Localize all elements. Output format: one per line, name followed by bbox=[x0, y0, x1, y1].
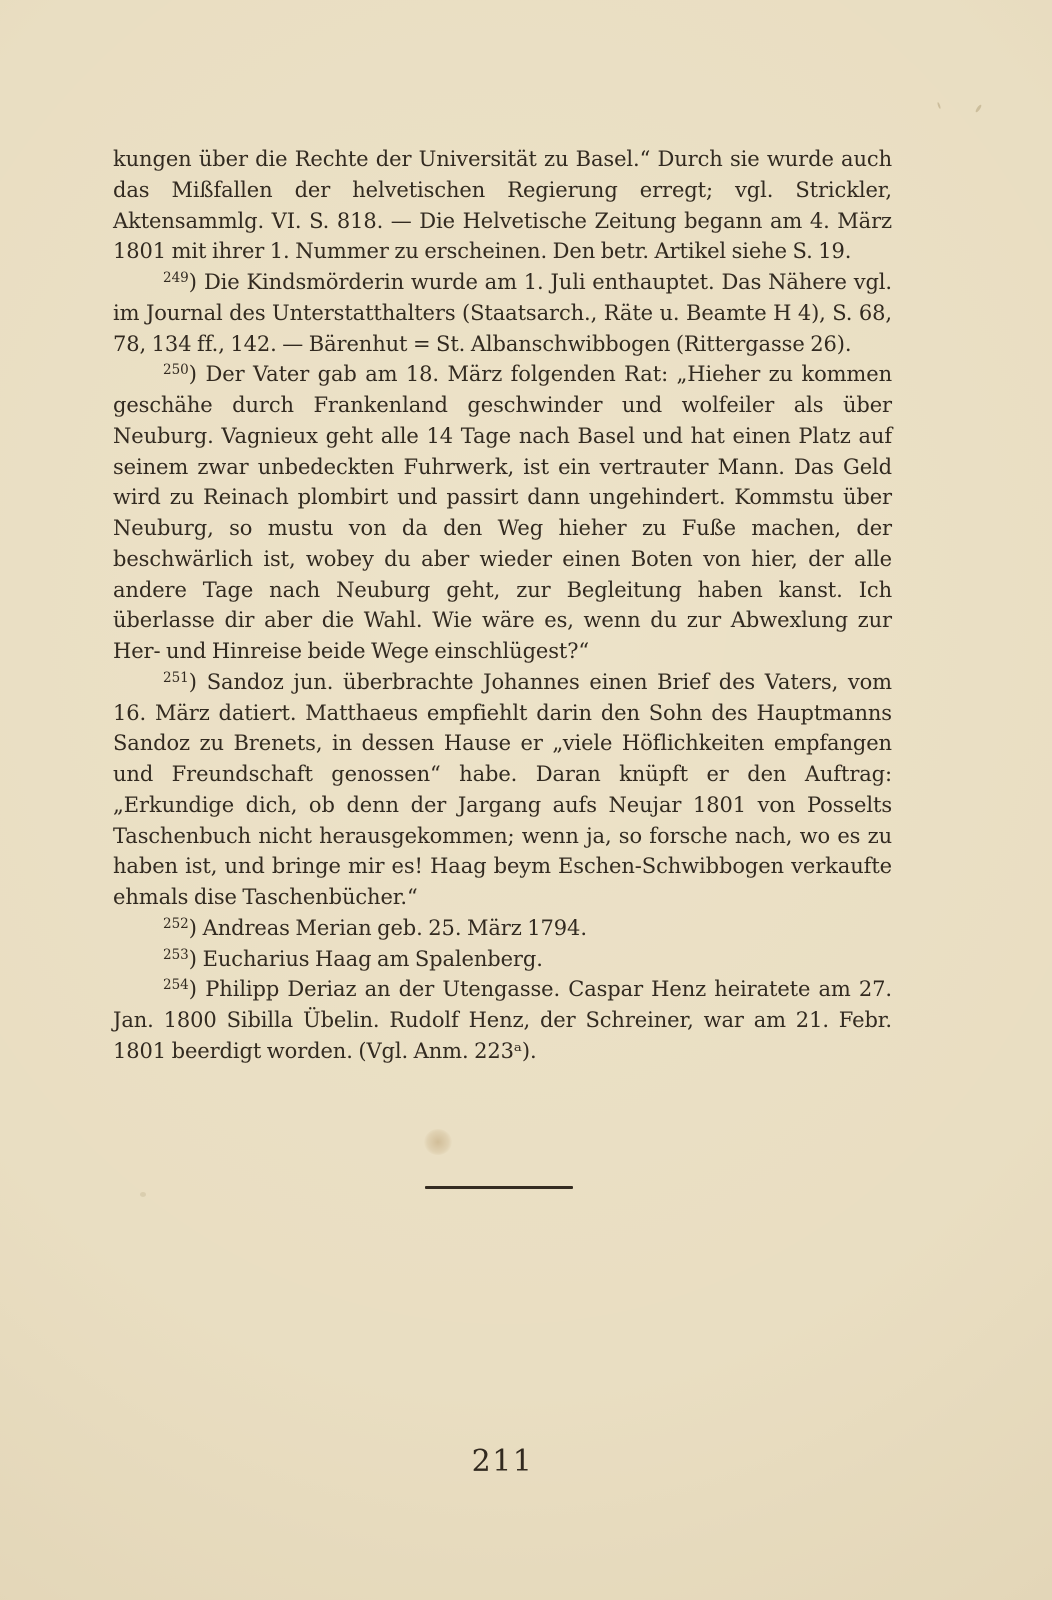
footnote-250: 250) Der Vater gab am 18. März folgenden… bbox=[113, 359, 892, 667]
footnote-text: Sandoz jun. überbrachte Johannes einen B… bbox=[113, 670, 892, 909]
footnote-paren: ) bbox=[189, 947, 203, 971]
paper-stain bbox=[424, 1129, 452, 1155]
footnote-252: 252) Andreas Merian geb. 25. März 1794. bbox=[113, 913, 892, 944]
footnote-marker-252: 252 bbox=[163, 916, 189, 932]
footnote-paren: ) bbox=[189, 977, 205, 1001]
footnote-text: Andreas Merian geb. 25. März 1794. bbox=[203, 916, 587, 940]
footnote-253: 253) Eucharius Haag am Spalenberg. bbox=[113, 944, 892, 975]
footnote-marker-253: 253 bbox=[163, 947, 189, 963]
footnote-251: 251) Sandoz jun. überbrachte Johannes ei… bbox=[113, 667, 892, 913]
footnote-paren: ) bbox=[189, 270, 204, 294]
footnote-paren: ) bbox=[189, 670, 207, 694]
footnote-paren: ) bbox=[189, 916, 203, 940]
footnote-text: Philipp Deriaz an der Utengasse. Caspar … bbox=[113, 977, 892, 1063]
footnote-paren: ) bbox=[189, 362, 206, 386]
footnote-marker-250: 250 bbox=[163, 362, 189, 378]
paper-fiber-fleck bbox=[140, 1192, 146, 1197]
footnote-marker-254: 254 bbox=[163, 977, 189, 993]
footnotes-text-block: kungen über die Rechte der Universität z… bbox=[113, 144, 892, 1067]
scanned-book-page: kungen über die Rechte der Universität z… bbox=[0, 0, 1052, 1600]
footnote-text: Eucharius Haag am Spalenberg. bbox=[203, 947, 543, 971]
paper-fiber-fleck bbox=[975, 104, 983, 113]
footnote-249: 249) Die Kindsmörderin wurde am 1. Juli … bbox=[113, 267, 892, 359]
footnote-marker-251: 251 bbox=[163, 670, 189, 686]
continuation-paragraph: kungen über die Rechte der Universität z… bbox=[113, 144, 892, 267]
footnote-text: Die Kindsmörderin wurde am 1. Juli entha… bbox=[113, 270, 892, 356]
paragraph-text: kungen über die Rechte der Universität z… bbox=[113, 147, 892, 263]
footnote-text: Der Vater gab am 18. März folgenden Rat:… bbox=[113, 362, 892, 663]
footnote-separator-rule bbox=[425, 1186, 573, 1189]
paper-fiber-fleck bbox=[937, 102, 941, 109]
page-number: 211 bbox=[113, 1444, 892, 1479]
footnote-marker-249: 249 bbox=[163, 270, 189, 286]
footnote-254: 254) Philipp Deriaz an der Utengasse. Ca… bbox=[113, 974, 892, 1066]
